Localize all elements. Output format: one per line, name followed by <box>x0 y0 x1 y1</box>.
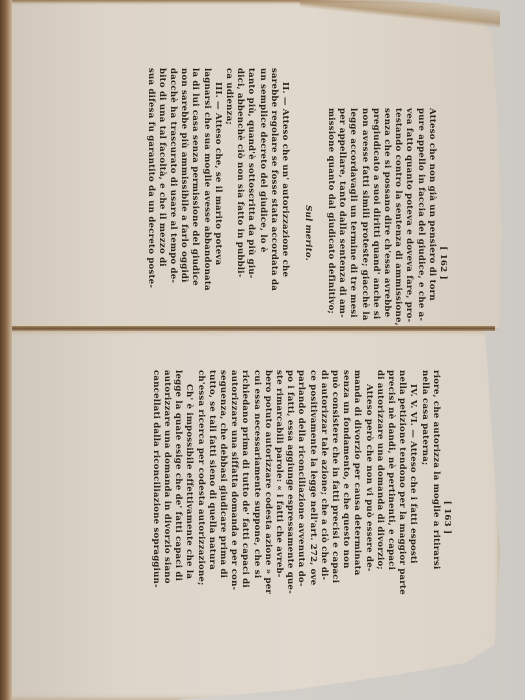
text-line: di autorizzar tale azione; che a ciò che… <box>318 370 329 605</box>
text-line: senza un fondamento, e che questo non <box>340 370 351 605</box>
text-line: non avesse fatti simili proteste; giacch… <box>358 108 369 358</box>
text-line: sarebbe regolare se fosse stata accordat… <box>268 68 279 313</box>
text-line: sua difesa fu garantito da un decreto po… <box>144 68 155 313</box>
text-line: Atteso però che non vi può essere de- <box>362 370 373 605</box>
page-number-163: [ 163 ] <box>441 370 452 605</box>
text-line: nella casa paterna; <box>418 370 429 605</box>
text-line: tanto più, quand'è sottoscritta da più g… <box>245 68 256 313</box>
text-line: manda di divorzio per causa determinata <box>351 370 362 605</box>
text-line: non sarebbe più ammissibile a farlo oggi… <box>178 68 189 313</box>
right-page-text: [ 163 ] riore, che autorizza la moglie a… <box>150 370 452 605</box>
text-line: autorizzare una siffatta domanda e per c… <box>228 370 239 605</box>
text-line: può consistere che in fatti precisi e ca… <box>329 370 340 605</box>
text-line: ste rimarcabili parole: « i fatti che av… <box>273 370 284 605</box>
text-line: IV. V. VI. — Atteso che i fatti esposti <box>407 370 418 605</box>
text-line: la di lui casa senza permissione del giu… <box>189 68 200 313</box>
text-line: richiedano prima di tutto de' fatti capa… <box>239 370 250 605</box>
text-line: cui essa necessariamente suppone, che si <box>250 370 261 605</box>
text-line: bero potuto autorizzare codesta azione »… <box>262 370 273 605</box>
text-line: Atteso che non già un pensiero di torn <box>426 108 437 358</box>
page-number-162: [ 162 ] <box>437 108 448 358</box>
text-line: Ch' è impossibile effettivamente che la <box>183 370 194 605</box>
section-heading: Sul merito. <box>302 108 313 358</box>
text-line: ca udienza; <box>223 68 234 313</box>
text-line: autorizzare una domanda in divorzio sian… <box>161 370 172 605</box>
text-line: riore, che autorizza la moglie a ritirar… <box>430 370 441 605</box>
text-line: nella petizione tendono per la maggior p… <box>396 370 407 605</box>
text-line: legge accordavagli un termine di tre mes… <box>347 108 358 358</box>
left-page-lower-text: II. — Atteso che un' autorizzazione che … <box>144 68 290 313</box>
text-line: pure appello in faccia del giudice, e ch… <box>414 108 425 358</box>
text-line: precisi nè dandi, nè pertinenti, e capac… <box>385 370 396 605</box>
text-line: dacchè ha trascurato di usare al tempo d… <box>167 68 178 313</box>
text-line: un semplice decreto del giudice, lo è <box>256 68 267 313</box>
text-line: bito di una tal facoltà, e che il mezzo … <box>156 68 167 313</box>
text-line: senza che si possano dire ch'essa avrebb… <box>381 108 392 358</box>
text-line: vea fatto quanto poteva e doveva fare, p… <box>403 108 414 358</box>
text-line: dici, abbenchè ciò non sia fatto in pubb… <box>234 68 245 313</box>
text-line: II. — Atteso che un' autorizzazione che <box>279 68 290 313</box>
text-line: di autorizzare una domanda di divorzio; <box>374 370 385 605</box>
text-line: tutto, se tali fatti sieno di quella nat… <box>206 370 217 605</box>
text-line: cancellati dalla riconciliazione sopragg… <box>150 370 161 605</box>
text-line: po i fatti, essa aggiunge espressamente … <box>284 370 295 605</box>
text-line: seguenza, che debbasi giudicare prima di <box>217 370 228 605</box>
text-line: missione quanto dal giudicato definitivo… <box>325 108 336 358</box>
text-line: ch'essa ricerca per codesta autorizzazio… <box>194 370 205 605</box>
left-page-upper-text: [ 162 ] Atteso che non già un pensiero d… <box>302 108 448 358</box>
text-line: pregiudicato a suoi diritti quand' anche… <box>370 108 381 358</box>
text-line: III. — Atteso che, se il marito poteva <box>212 68 223 313</box>
text-line: lagnarsi che sua moglie avesse abbandona… <box>200 68 211 313</box>
text-line: testando contro la sentenza di ammission… <box>392 108 403 358</box>
text-line: legge la quale esige che de' fatti capac… <box>172 370 183 605</box>
text-line: parlando della riconciliazione avvenuta … <box>295 370 306 605</box>
text-line: ce positivamente la legge nell'art. 272,… <box>306 370 317 605</box>
text-line: per appellare, tanto dalla sentenza di a… <box>336 108 347 358</box>
book-binding-edge <box>0 0 12 700</box>
